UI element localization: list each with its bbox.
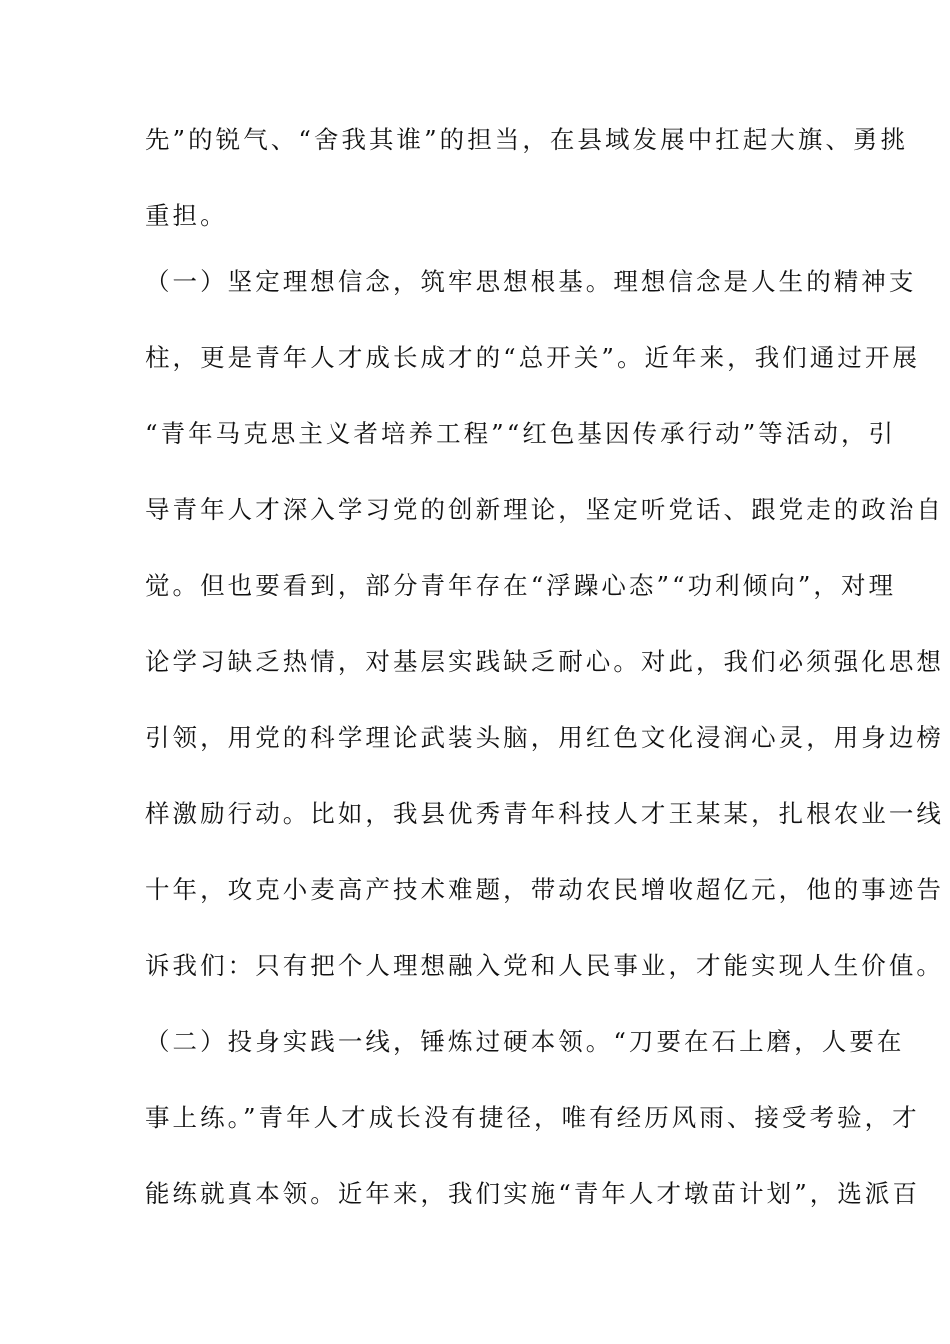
- text-line: 能练就真本领。近年来，我们实施“青年人才墩苗计划”，选派百: [145, 1174, 807, 1214]
- text-line: 柱，更是青年人才成长成才的“总开关”。近年来，我们通过开展: [145, 338, 807, 378]
- text-line: 样激励行动。比如，我县优秀青年科技人才王某某，扎根农业一线: [145, 794, 807, 834]
- section-heading-line: （二）投身实践一线，锤炼过硬本领。“刀要在石上磨，人要在: [145, 1022, 807, 1062]
- text-line: 先”的锐气、“舍我其谁”的担当，在县域发展中扛起大旗、勇挑: [145, 120, 807, 160]
- text-line: 十年，攻克小麦高产技术难题，带动农民增收超亿元，他的事迹告: [145, 870, 807, 910]
- document-page: 先”的锐气、“舍我其谁”的担当，在县域发展中扛起大旗、勇挑 重担。 （一）坚定理…: [0, 0, 950, 1344]
- text-line: 导青年人才深入学习党的创新理论，坚定听党话、跟党走的政治自: [145, 490, 807, 530]
- text-line: 论学习缺乏热情，对基层实践缺乏耐心。对此，我们必须强化思想: [145, 642, 807, 682]
- text-line: 引领，用党的科学理论武装头脑，用红色文化浸润心灵，用身边榜: [145, 718, 807, 758]
- section-heading-line: （一）坚定理想信念，筑牢思想根基。理想信念是人生的精神支: [145, 262, 807, 302]
- text-line: 觉。但也要看到，部分青年存在“浮躁心态”“功利倾向”，对理: [145, 566, 807, 606]
- text-line: “青年马克思主义者培养工程”“红色基因传承行动”等活动，引: [145, 414, 807, 454]
- text-line: 诉我们：只有把个人理想融入党和人民事业，才能实现人生价值。: [145, 946, 807, 986]
- text-line: 重担。: [145, 196, 807, 236]
- text-line: 事上练。”青年人才成长没有捷径，唯有经历风雨、接受考验，才: [145, 1098, 807, 1138]
